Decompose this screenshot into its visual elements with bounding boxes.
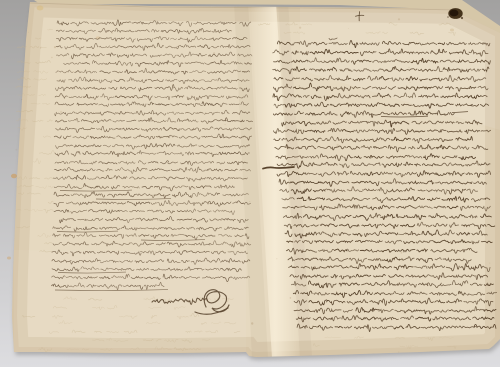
manuscript-photo: [0, 0, 500, 367]
photo-canvas: [0, 0, 500, 367]
